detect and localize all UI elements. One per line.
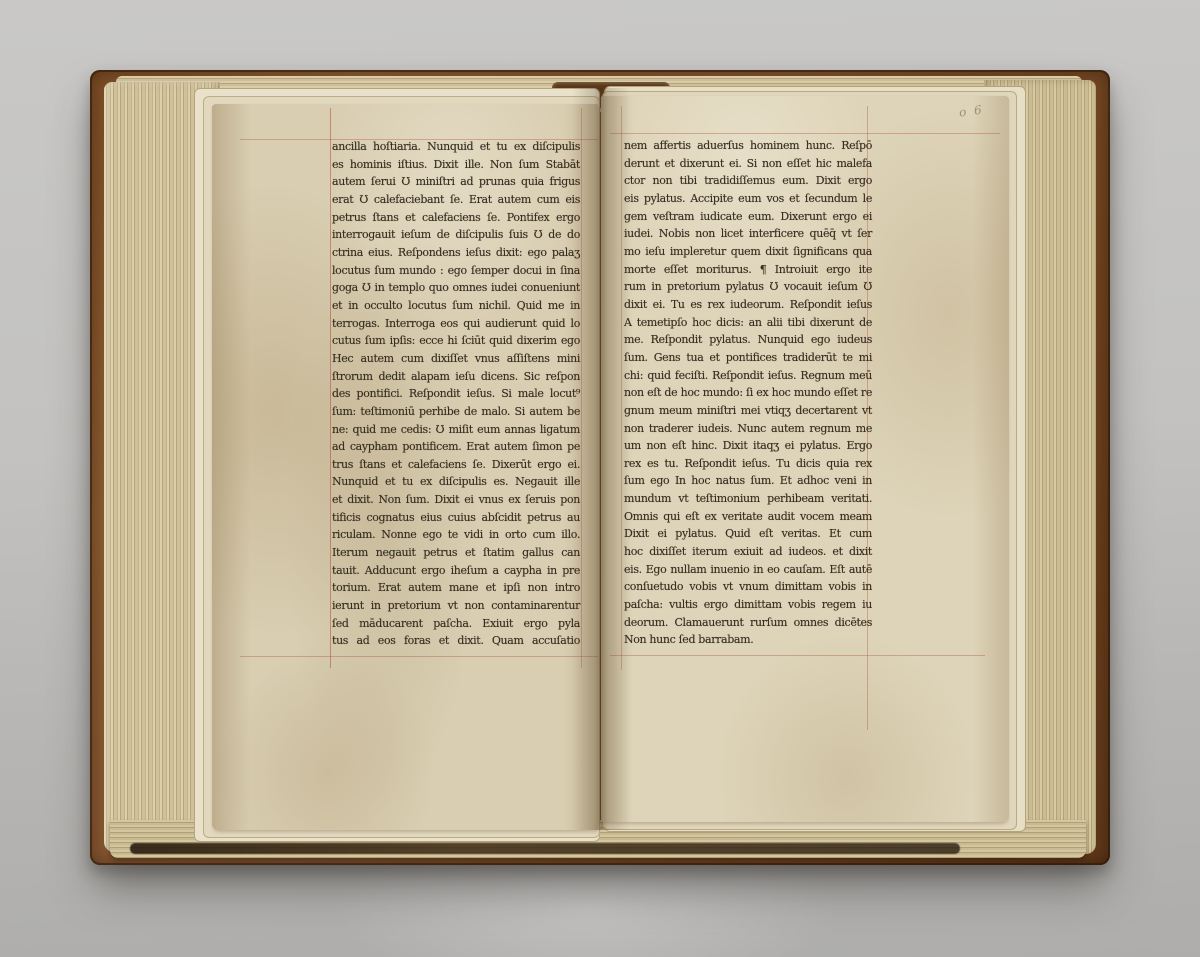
text-line: terrogas. Interroga eos qui audierunt qu… <box>332 315 580 333</box>
bottom-gutter-gap <box>130 843 960 854</box>
text-line: rex es tu. Reſpondit ieſus. Tu dicis qui… <box>624 455 872 473</box>
text-line: nem affertis aduerſus hominem hunc. Reſp… <box>624 137 872 155</box>
text-line: deorum. Clamauerunt rurſum omnes dicētes <box>624 614 872 632</box>
text-line: tificis cognatus eius cuius abſcidit pet… <box>332 509 580 527</box>
ruling-line-right-top <box>610 133 1000 134</box>
text-line: iudei. Nobis non licet interficere quēq̄… <box>624 225 872 243</box>
ruling-line-right-bottom <box>610 655 985 656</box>
text-line: paſcha: vultis ergo dimittam vobis regem… <box>624 596 872 614</box>
photograph-background: ancilla hoſtiaria. Nunquid et tu ex diſc… <box>0 0 1200 957</box>
text-line: ſum ego In hoc natus ſum. Et adhoc veni … <box>624 472 872 490</box>
text-line: ad caypham pontificem. Erat autem ſimon … <box>332 438 580 456</box>
left-text-column: ancilla hoſtiaria. Nunquid et tu ex diſc… <box>332 138 580 651</box>
text-line: gem veſtram iudicate eum. Dixerunt ergo … <box>624 208 872 226</box>
text-line: ne: quid me cedis: Ʊ miſit eum annas lig… <box>332 421 580 439</box>
text-line: Hec autem cum dixiſſet vnus aſſiſtens mi… <box>332 350 580 368</box>
text-line: eis. Ego nullam inuenio in eo cauſam. Eſ… <box>624 561 872 579</box>
text-line: Dixit ei pylatus. Quid eſt veritas. Et c… <box>624 525 872 543</box>
text-line: et dixit. Non ſum. Dixit ei vnus ex ſeru… <box>332 491 580 509</box>
ruling-line-right-inner <box>621 106 622 670</box>
folio-mark: o 6 <box>958 102 984 119</box>
text-line: ſed māducarent paſcha. Exiuit ergo pyla <box>332 615 580 633</box>
ruling-line-left-inner <box>581 108 582 668</box>
ruling-line-left-outer <box>330 108 331 668</box>
text-line: cutus ſum ipſis: ecce hi ſciūt quid dixe… <box>332 332 580 350</box>
text-line: mundum vt teſtimonium perhibeam veritati… <box>624 490 872 508</box>
text-line: A temetipſo hoc dicis: an alii tibi dixe… <box>624 314 872 332</box>
text-line: mo ieſu impleretur quem dixit ſignifican… <box>624 243 872 261</box>
text-line: conſuetudo vobis vt vnum dimittam vobis … <box>624 578 872 596</box>
text-line: non traderer iudeis. Nunc autem regnum m… <box>624 420 872 438</box>
text-line: gnum meum miniſtri mei vtiqʒ decertarent… <box>624 402 872 420</box>
text-line: eis pylatus. Accipite eum vos et ſecundu… <box>624 190 872 208</box>
left-page: ancilla hoſtiaria. Nunquid et tu ex diſc… <box>212 104 598 830</box>
text-line: um non eſt hinc. Dixit itaqʒ ei pylatus.… <box>624 437 872 455</box>
text-line: non eſt de hoc mundo: ſi ex hoc mundo eſ… <box>624 384 872 402</box>
ruling-line-left-bottom <box>240 656 598 657</box>
text-line: ancilla hoſtiaria. Nunquid et tu ex diſc… <box>332 138 580 156</box>
text-line: et in occulto locutus ſum nichil. Quid m… <box>332 297 580 315</box>
text-line: dixit ei. Tu es rex iudeorum. Reſpondit … <box>624 296 872 314</box>
text-line: ſtrorum dedit alapam ieſu dicens. Sic re… <box>332 368 580 386</box>
text-line: goga Ʊ in templo quo omnes iudei conueni… <box>332 279 580 297</box>
text-line: ſum. Gens tua et pontifices tradiderūt t… <box>624 349 872 367</box>
text-line: trus ſtans et calefaciens ſe. Dixerūt er… <box>332 456 580 474</box>
text-line: erat Ʊ calefaciebant ſe. Erat autem cum … <box>332 191 580 209</box>
text-line: ctrina eius. Reſpondens ieſus dixit: ego… <box>332 244 580 262</box>
text-line: Iterum negauit petrus et ſtatim gallus c… <box>332 544 580 562</box>
text-line: es hominis iſtius. Dixit ille. Non ſum S… <box>332 156 580 174</box>
text-line: ierunt in pretorium vt non contaminarent… <box>332 597 580 615</box>
text-line: hoc dixiſſet iterum exiuit ad iudeos. et… <box>624 543 872 561</box>
text-line: des pontifici. Reſpondit ieſus. Si male … <box>332 385 580 403</box>
text-line: ſum: teſtimoniū perhibe de malo. Si aute… <box>332 403 580 421</box>
text-line: me. Reſpondit pylatus. Nunquid ego iudeu… <box>624 331 872 349</box>
text-line: tauit. Adducunt ergo iheſum a caypha in … <box>332 562 580 580</box>
right-text-column: nem affertis aduerſus hominem hunc. Reſp… <box>624 137 872 650</box>
text-line: interrogauit ieſum de diſcipulis ſuis Ʊ … <box>332 226 580 244</box>
text-line: derunt et dixerunt ei. Si non eſſet hic … <box>624 155 872 173</box>
text-line: ctor non tibi tradidiſſemus eum. Dixit e… <box>624 172 872 190</box>
text-line: tus ad eos foras et dixit. Quam accuſati… <box>332 632 580 650</box>
text-line: Omnis qui eſt ex veritate audit vocem me… <box>624 508 872 526</box>
text-line: autem ſerui Ʊ miniſtri ad prunas quia fr… <box>332 173 580 191</box>
text-line: Non hunc ſed barrabam. <box>624 631 872 649</box>
text-line: riculam. Nonne ego te vidi in orto cum i… <box>332 526 580 544</box>
text-line: locutus ſum mundo : ego ſemper docui in … <box>332 262 580 280</box>
text-line: morte eſſet moriturus. ¶ Introiuit ergo … <box>624 261 872 279</box>
text-line: chi: quid feciſti. Reſpondit ieſus. Regn… <box>624 367 872 385</box>
right-page: o 6 nem affertis aduerſus hominem hunc. … <box>601 96 1009 822</box>
text-line: petrus ſtans et calefaciens ſe. Pontifex… <box>332 209 580 227</box>
text-line: torium. Erat autem mane et ipſi non intr… <box>332 579 580 597</box>
text-line: rum in pretorium pylatus Ʊ vocauit ieſum… <box>624 278 872 296</box>
text-line: Nunquid et tu ex diſcipulis es. Negauit … <box>332 473 580 491</box>
